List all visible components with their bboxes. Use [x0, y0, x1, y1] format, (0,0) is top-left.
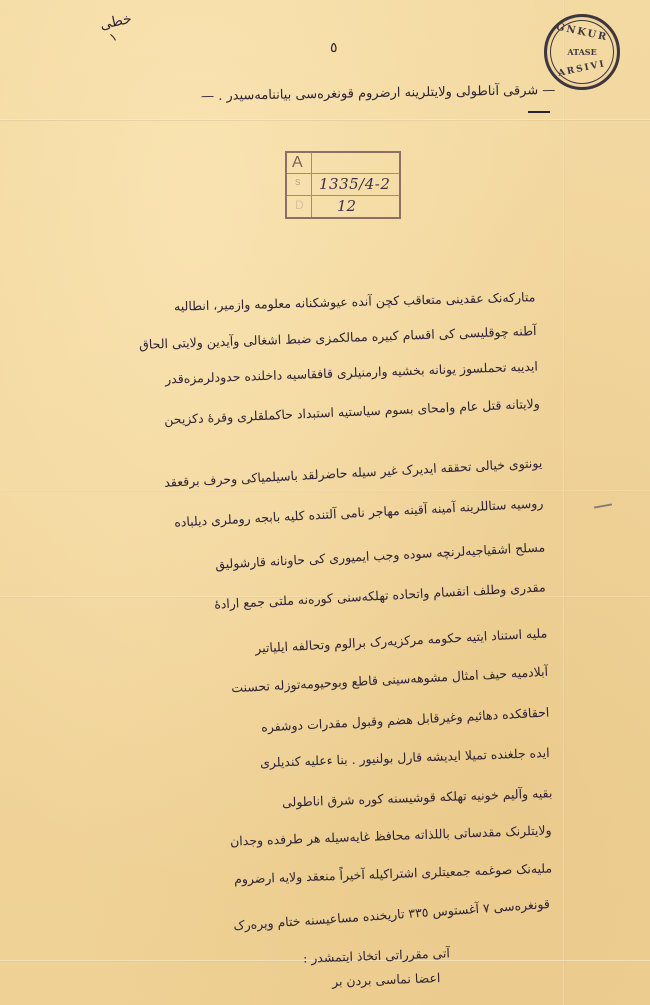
fold-line [0, 119, 650, 121]
body-line: یونتوی خیالی تحققه ایدیرک غیر سیله حاضرل… [163, 455, 542, 490]
body-line: مقدری وطلف انقسام واتحاده تهلکه‌سنی کوره… [214, 579, 546, 611]
corner-mark: ١ [107, 29, 120, 44]
fold-line [563, 0, 565, 1005]
body-line: روسیه ستاللرینه آمینه آقینه مهاجر نامی آ… [174, 495, 544, 529]
margin-stroke [594, 503, 612, 508]
body-line: بقیه وآلیم خونیه تهلکه قوشیسنه کوره شرق … [281, 785, 552, 809]
box-label-d: D [295, 198, 304, 212]
box-label-s: S [295, 178, 300, 187]
fold-line [0, 490, 650, 492]
body-line: ولایتانه قتل عام وامحای بسوم سیاستیه است… [164, 396, 540, 427]
title-dash [528, 111, 550, 113]
body-line: احقاقکده دهائیم وغیرقابل هضم وقبول مقدرا… [260, 704, 549, 734]
corner-note: خطی [99, 11, 133, 33]
body-line: ولایتلرنک مقدساتی باللذاته محافظ غایه‌سی… [230, 822, 552, 848]
body-line: ملیه استناد ایتیه حکومه مرکزیه‌رک برالوم… [254, 625, 547, 655]
archive-reference-box: A S D 1335/4-2 12 [285, 151, 401, 219]
stamp-line-1: GNKUR [547, 20, 618, 45]
document-title: — شرقی آناطولی ولایتلرینه ارضروم قونغره‌… [201, 83, 556, 104]
body-line: ایدیبه تحملسوز یونانه بخشیه وارمنیلری قا… [165, 358, 538, 386]
body-line: ایده جلغنده تمیلا ایدیشه قارل بولنیور . … [260, 745, 550, 770]
stamp-line-3: ARSIVI [547, 57, 618, 81]
box-code: 1335/4-2 [319, 175, 390, 193]
body-line: آبلادمیه حیف امثال مشوهه‌سینی قاطع وبوحی… [231, 664, 549, 696]
box-label-a: A [292, 154, 303, 172]
top-mark: ٥ [330, 40, 338, 56]
body-line: ملیه‌نک صوغمه جمعیتلری اشتراکیله آخیراً … [234, 860, 553, 886]
box-folio: 12 [337, 197, 356, 215]
body-line: مسلح اشقیاجیه‌لرنچه سوده وجب ایمیوری کی … [214, 539, 545, 571]
document-page: خطی ١ ٥ GNKUR ATASE ARSIVI — شرقی آناطول… [0, 0, 650, 1005]
body-line: آطنه چوقلیسی کی اقسام کبیره ممالکمزی ضبط… [139, 323, 537, 352]
body-line: آتی مقرراتی اتخاذ ایتمشدر : [303, 945, 450, 965]
body-line: متارکه‌نک عقدینی متعاقب کچن آنده عیوشکنا… [173, 289, 535, 313]
stamp-line-2: ATASE [547, 47, 617, 57]
body-line: اعضا نماسی بردن بر [331, 970, 440, 989]
body-line: قونغره‌سی ٧ آغستوس ٣٣٥ تاریخنده مساعیسنه… [233, 896, 550, 933]
archive-stamp: GNKUR ATASE ARSIVI [544, 14, 620, 90]
